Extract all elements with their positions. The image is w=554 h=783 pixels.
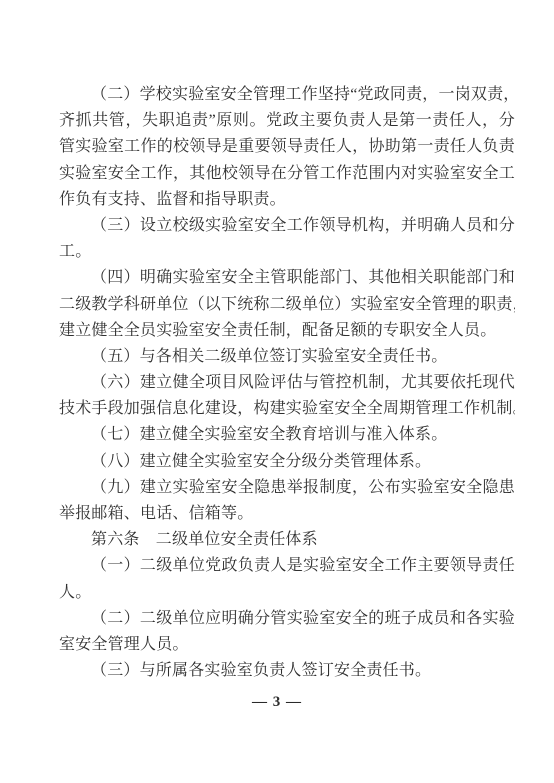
text-line: 建立健全全员实验室安全责任制，配备足额的专职安全人员。 xyxy=(59,318,515,344)
text-line: （二）学校实验室安全管理工作坚持“党政同责，一岗双责， xyxy=(59,82,515,108)
text-line: 技术手段加强信息化建设，构建实验室安全全周期管理工作机制。 xyxy=(59,396,515,422)
text-line: 实验室安全工作，其他校领导在分管工作范围内对实验室安全工 xyxy=(59,161,515,187)
text-line: 作负有支持、监督和指导职责。 xyxy=(59,187,515,213)
text-line: （二）二级单位应明确分管实验室安全的班子成员和各实验 xyxy=(59,606,515,632)
text-line: （三）与所属各实验室负责人签订安全责任书。 xyxy=(59,658,515,684)
text-line: 工。 xyxy=(59,239,515,265)
text-line: 人。 xyxy=(59,580,515,606)
text-line: （一）二级单位党政负责人是实验室安全工作主要领导责任 xyxy=(59,553,515,579)
text-line: 举报邮箱、电话、信箱等。 xyxy=(59,501,515,527)
document-page: （二）学校实验室安全管理工作坚持“党政同责，一岗双责，齐抓共管，失职追责”原则。… xyxy=(0,0,554,783)
text-line: （六）建立健全项目风险评估与管控机制，尤其要依托现代 xyxy=(59,370,515,396)
text-line: （四）明确实验室安全主管职能部门、其他相关职能部门和 xyxy=(59,265,515,291)
text-line: 室安全管理人员。 xyxy=(59,632,515,658)
text-line: （五）与各相关二级单位签订实验室安全责任书。 xyxy=(59,344,515,370)
text-line: （九）建立实验室安全隐患举报制度，公布实验室安全隐患 xyxy=(59,475,515,501)
text-line: （八）建立健全实验室安全分级分类管理体系。 xyxy=(59,449,515,475)
text-line: 齐抓共管，失职追责”原则。党政主要负责人是第一责任人，分 xyxy=(59,108,515,134)
text-line: 二级教学科研单位（以下统称二级单位）实验室安全管理的职责， xyxy=(59,292,515,318)
text-line: 管实验室工作的校领导是重要领导责任人，协助第一责任人负责 xyxy=(59,134,515,160)
text-line: 第六条 二级单位安全责任体系 xyxy=(59,527,515,553)
page-number: — 3 — xyxy=(0,694,554,711)
text-line: （三）设立校级实验室安全工作领导机构，并明确人员和分 xyxy=(59,213,515,239)
text-line: （七）建立健全实验室安全教育培训与准入体系。 xyxy=(59,422,515,448)
document-body: （二）学校实验室安全管理工作坚持“党政同责，一岗双责，齐抓共管，失职追责”原则。… xyxy=(59,82,515,684)
